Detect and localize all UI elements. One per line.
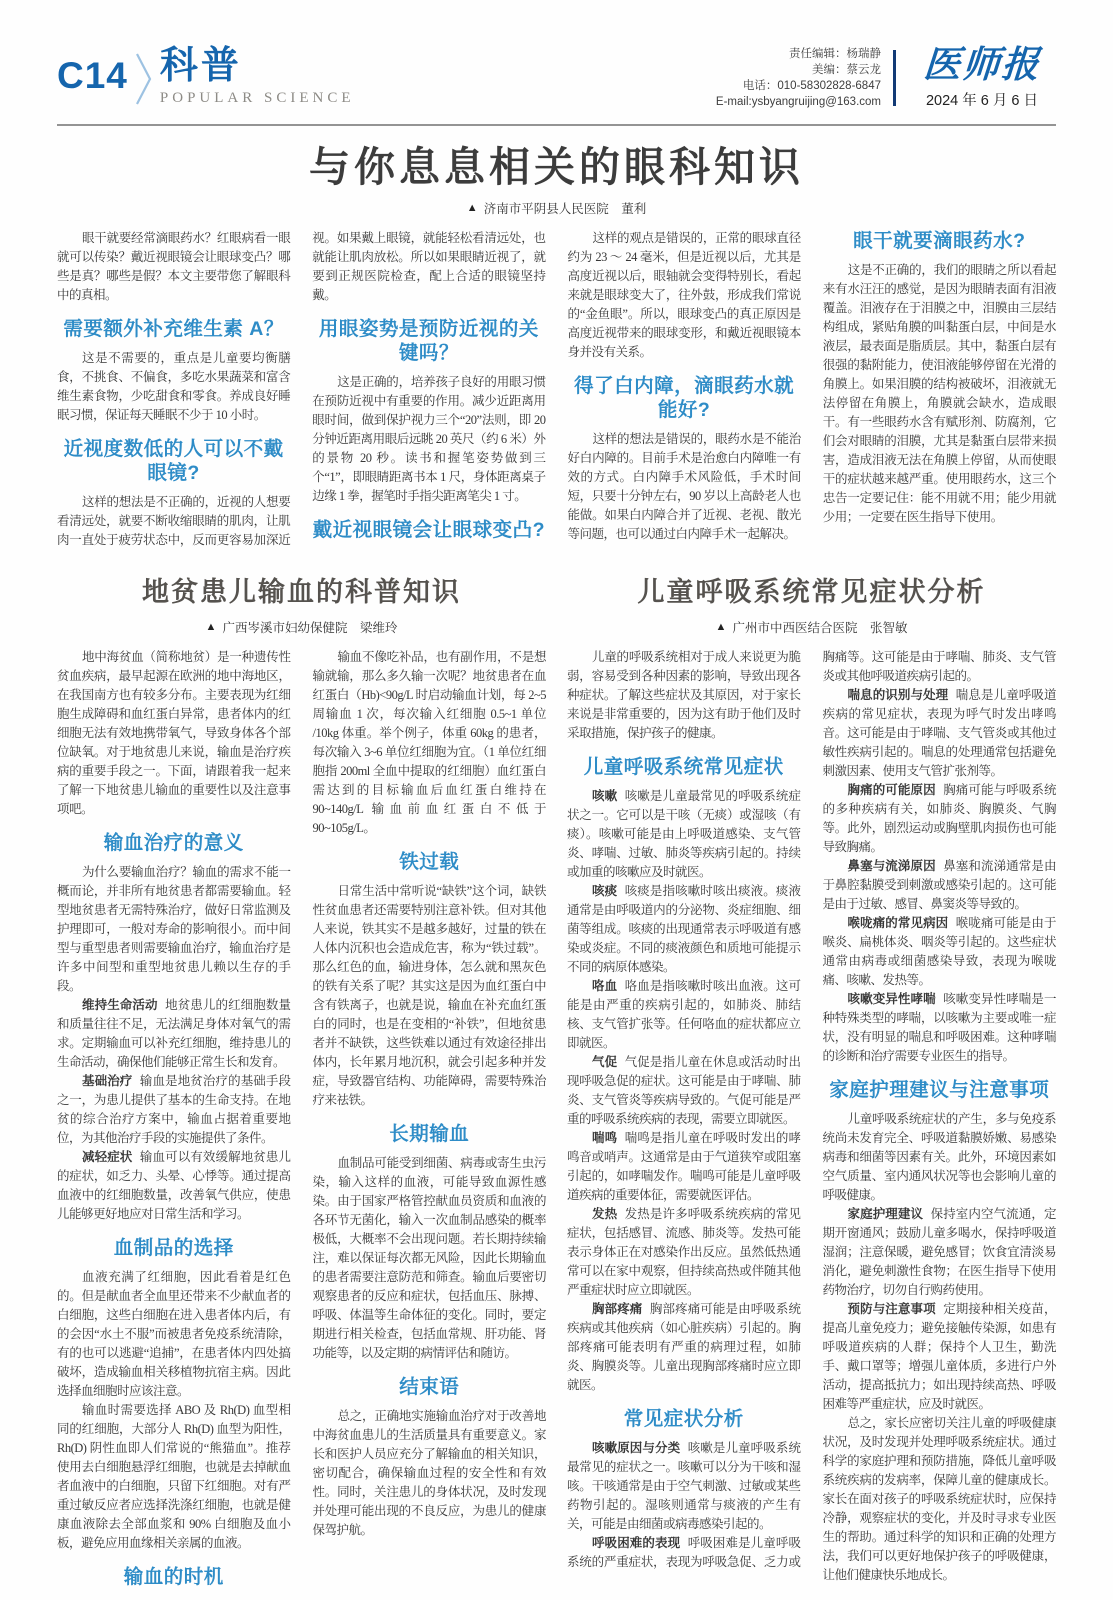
body-paragraph: 咳嗽原因与分类咳嗽是儿童呼吸系统最常见的症状之一。咳嗽可以分为干咳和湿咳。干咳通… — [567, 1439, 801, 1534]
editorial-contact: 责任编辑：杨瑞静 美编：蔡云龙 电话：010-58302828-6847 E-m… — [716, 46, 881, 110]
column-heading: 家庭护理建议与注意事项 — [823, 1078, 1057, 1102]
page-number: C14 — [57, 46, 128, 106]
column-heading: 需要额外补充维生素 A？ — [57, 317, 290, 341]
article-resp: 儿童呼吸系统常见症状分析 ▲ 广州市中西医结合医院 张智敏 儿童的呼吸系统相对于… — [567, 575, 1056, 1593]
paragraph-lead: 基础治疗 — [82, 1074, 132, 1088]
body-paragraph: 儿童呼吸系统症状的产生，多与免疫系统尚未发育完全、呼吸道黏膜娇嫩、易感染病毒和细… — [823, 1110, 1057, 1205]
body-paragraph: 地中海贫血（简称地贫）是一种遗传性贫血疾病，最早起源在欧洲的地中海地区，在我国南… — [57, 648, 291, 819]
body-paragraph: 喘鸣喘鸣是指儿童在呼吸时发出的哮鸣音或哨声。这通常是由于气道狭窄或阻塞引起的，如… — [567, 1129, 801, 1205]
body-paragraph: 胸痛的可能原因胸痛可能与呼吸系统的多种疾病有关，如肺炎、胸膜炎、气胸等。此外，剧… — [823, 781, 1057, 857]
body-paragraph: 这是正确的，培养孩子良好的用眼习惯在预防近视中有重要的作用。减少近距离用眼时间，… — [312, 373, 545, 506]
column-heading: 输血治疗的意义 — [57, 831, 291, 855]
editor-line: 责任编辑：杨瑞静 — [716, 46, 881, 62]
email-line: E-mail:ysbyangruijing@163.com — [716, 94, 881, 110]
column-heading: 用眼姿势是预防近视的关键吗？ — [312, 317, 545, 365]
bottom-articles-row: 地贫患儿输血的科普知识 ▲ 广西岑溪市妇幼保健院 梁维玲 地中海贫血（简称地贫）… — [57, 575, 1056, 1593]
triangle-icon: ▲ — [467, 202, 478, 214]
body-paragraph: 基础治疗输血是地贫治疗的基础手段之一，为患儿提供了基本的生命支持。在地贫的综合治… — [57, 1072, 291, 1148]
body-paragraph: 血制品可能受到细菌、病毒或寄生虫污染，输入这样的血液，可能导致血源性感染。由于国… — [313, 1154, 547, 1363]
column-heading: 儿童呼吸系统常见症状 — [567, 755, 801, 779]
article-blood-body: 地中海贫血（简称地贫）是一种遗传性贫血疾病，最早起源在欧洲的地中海地区，在我国南… — [57, 648, 546, 1593]
body-paragraph: 输血不像吃补品，也有副作用，不是想输就输，那么多久输一次呢？地贫患者在血红蛋白（… — [313, 648, 547, 838]
section-title-en: POPULAR SCIENCE — [160, 90, 355, 107]
body-paragraph: 输血时需要选择 ABO 及 Rh(D) 血型相同的红细胞，大部分人 Rh(D) … — [57, 1401, 291, 1553]
paragraph-lead: 胸部疼痛 — [592, 1302, 642, 1316]
body-paragraph: 眼干就要经常滴眼药水？红眼病看一眼就可以传染？戴近视眼镜会让眼球变凸？哪些是真？… — [57, 229, 290, 305]
masthead-logo: 医师报 — [907, 47, 1058, 85]
column-heading: 戴近视眼镜会让眼球变凸? — [312, 518, 545, 542]
article-blood-byline: ▲ 广西岑溪市妇幼保健院 梁维玲 — [57, 618, 546, 636]
body-paragraph: 血液充满了红细胞，因此看着是红色的。但是献血者全血里还带来不少献血者的白细胞，这… — [57, 1268, 291, 1401]
article-eye: 与你息息相关的眼科知识 ▲ 济南市平阴县人民医院 董利 眼干就要经常滴眼药水？红… — [57, 144, 1056, 561]
designer-line: 美编：蔡云龙 — [716, 62, 881, 78]
article-resp-byline: ▲ 广州市中西医结合医院 张智敏 — [567, 618, 1056, 636]
chevron-right-icon — [134, 50, 154, 108]
body-paragraph: 这样的想法是错误的，眼药水是不能治好白内障的。目前手术是治愈白内障唯一有效的方式… — [568, 430, 801, 544]
paragraph-lead: 咯血 — [592, 979, 617, 993]
article-eye-author: 济南市平阴县人民医院 董利 — [484, 199, 647, 217]
body-paragraph: 总之，家长应密切关注儿童的呼吸健康状况，及时发现并处理呼吸系统症状。通过科学的家… — [823, 1414, 1057, 1585]
column-heading: 血制品的选择 — [57, 1236, 291, 1260]
column-heading: 长期输血 — [313, 1122, 547, 1146]
paragraph-lead: 喘鸣 — [592, 1131, 617, 1145]
body-paragraph: 鼻塞与流涕原因鼻塞和流涕通常是由于鼻腔黏膜受到刺激或感染引起的。这可能是由于过敏… — [823, 857, 1057, 914]
column-heading: 输血的时机 — [57, 1565, 291, 1589]
paragraph-lead: 咳痰 — [592, 884, 617, 898]
section-name-block: 科普 POPULAR SCIENCE — [160, 46, 355, 107]
paragraph-lead: 喉咙痛的常见病因 — [848, 916, 949, 930]
body-paragraph: 气促气促是指儿童在休息或活动时出现呼吸急促的症状。这可能是由于哮喘、肺炎、支气管… — [567, 1053, 801, 1129]
paragraph-lead: 咳嗽 — [592, 789, 617, 803]
paragraph-lead: 胸痛的可能原因 — [848, 783, 936, 797]
article-eye-body: 眼干就要经常滴眼药水？红眼病看一眼就可以传染？戴近视眼镜会让眼球变凸？哪些是真？… — [57, 229, 1056, 561]
body-paragraph: 总之，正确地实施输血治疗对于改善地中海贫血患儿的生活质量具有重要意义。家长和医护… — [313, 1407, 547, 1540]
paragraph-lead: 喘息的识别与处理 — [848, 688, 949, 702]
triangle-icon: ▲ — [716, 621, 727, 633]
article-blood-author: 广西岑溪市妇幼保健院 梁维玲 — [222, 618, 397, 636]
newspaper-page: C14 科普 POPULAR SCIENCE 责任编辑：杨瑞静 美编：蔡云龙 电… — [0, 0, 1113, 1600]
body-paragraph: 儿童的呼吸系统相对于成人来说更为脆弱，容易受到各种因素的影响，导致出现各种症状。… — [567, 648, 801, 743]
header-masthead-block: 责任编辑：杨瑞静 美编：蔡云龙 电话：010-58302828-6847 E-m… — [716, 46, 1056, 110]
column-heading: 近视度数低的人可以不戴眼镜? — [57, 437, 290, 485]
article-resp-body: 儿童的呼吸系统相对于成人来说更为脆弱，容易受到各种因素的影响，导致出现各种症状。… — [567, 648, 1056, 1593]
triangle-icon: ▲ — [206, 621, 217, 633]
body-paragraph: 这是不需要的，重点是儿童要均衡膳食，不挑食、不偏食，多吃水果蔬菜和富含维生素食物… — [57, 349, 290, 425]
paragraph-lead: 维持生命活动 — [82, 998, 158, 1012]
paragraph-lead: 发热 — [592, 1207, 617, 1221]
body-paragraph: 这样的观点是错误的，正常的眼球直径约为 23 ～ 24 毫米，但是近视以后，尤其… — [568, 229, 801, 362]
body-paragraph: 维持生命活动地贫患儿的红细胞数量和质量往往不足，无法满足身体对氧气的需求。定期输… — [57, 996, 291, 1072]
column-heading: 常见症状分析 — [567, 1407, 801, 1431]
column-heading: 铁过载 — [313, 850, 547, 874]
article-eye-byline: ▲ 济南市平阴县人民医院 董利 — [57, 199, 1056, 217]
article-resp-author: 广州市中西医结合医院 张智敏 — [732, 618, 907, 636]
column-heading: 结束语 — [313, 1375, 547, 1399]
body-paragraph: 预防与注意事项定期接种相关疫苗，提高儿童免疫力；避免接触传染源，如患有呼吸道疾病… — [823, 1300, 1057, 1414]
masthead: 医师报 2024 年 6 月 6 日 — [908, 47, 1056, 110]
body-paragraph: 日常生活中常听说“缺铁”这个词，缺铁性贫血患者还需要特别注意补铁。但对其他人来说… — [313, 882, 547, 1110]
body-paragraph: 咳嗽咳嗽是儿童最常见的呼吸系统症状之一。它可以是干咳（无痰）或湿咳（有痰）。咳嗽… — [567, 787, 801, 882]
header-section-block: C14 科普 POPULAR SCIENCE — [57, 46, 355, 108]
body-paragraph: 咳嗽变异性哮喘咳嗽变异性哮喘是一种特殊类型的哮喘，以咳嗽为主要或唯一症状，没有明… — [823, 990, 1057, 1066]
paragraph-lead: 家庭护理建议 — [848, 1207, 924, 1221]
body-paragraph: 喉咙痛的常见病因喉咙痛可能是由于喉炎、扁桃体炎、咽炎等引起的。这些症状通常由病毒… — [823, 914, 1057, 990]
body-paragraph: 胸部疼痛胸部疼痛可能是由呼吸系统疾病或其他疾病（如心脏疾病）引起的。胸部疼痛可能… — [567, 1300, 801, 1395]
article-resp-title: 儿童呼吸系统常见症状分析 — [567, 575, 1056, 609]
article-blood: 地贫患儿输血的科普知识 ▲ 广西岑溪市妇幼保健院 梁维玲 地中海贫血（简称地贫）… — [57, 575, 546, 1593]
section-title-cn: 科普 — [160, 46, 355, 86]
paragraph-lead: 咳嗽变异性哮喘 — [848, 992, 936, 1006]
article-blood-title: 地贫患儿输血的科普知识 — [57, 575, 546, 609]
column-heading: 眼干就要滴眼药水? — [823, 229, 1056, 253]
body-paragraph: 为什么要输血治疗？输血的需求不能一概而论，并非所有地贫患者都需要输血。轻型地贫患… — [57, 863, 291, 996]
body-paragraph: 咯血咯血是指咳嗽时咳出血液。这可能是由严重的疾病引起的，如肺炎、肺结核、支气管扩… — [567, 977, 801, 1053]
body-paragraph: 喘息的识别与处理喘息是儿童呼吸道疾病的常见症状，表现为呼气时发出哮鸣音。这可能是… — [823, 686, 1057, 781]
column-heading: 得了白内障，滴眼药水就能好? — [568, 374, 801, 422]
paragraph-lead: 气促 — [592, 1055, 617, 1069]
paragraph-lead: 咳嗽原因与分类 — [592, 1441, 680, 1455]
body-paragraph: 家庭护理建议保持室内空气流通，定期开窗通风；鼓励儿童多喝水，保持呼吸道湿润；注意… — [823, 1205, 1057, 1300]
paragraph-lead: 鼻塞与流涕原因 — [848, 859, 936, 873]
paragraph-lead: 呼吸困难的表现 — [592, 1536, 680, 1550]
page-header: C14 科普 POPULAR SCIENCE 责任编辑：杨瑞静 美编：蔡云龙 电… — [57, 46, 1056, 120]
paragraph-lead: 预防与注意事项 — [848, 1302, 936, 1316]
header-divider — [57, 124, 1056, 126]
paragraph-lead: 减轻症状 — [82, 1150, 132, 1164]
body-paragraph: 这是不正确的，我们的眼睛之所以看起来有水汪汪的感觉，是因为眼睛表面有泪液覆盖。泪… — [823, 261, 1056, 527]
vertical-divider — [893, 50, 896, 106]
body-paragraph: 发热发热是许多呼吸系统疾病的常见症状，包括感冒、流感、肺炎等。发热可能表示身体正… — [567, 1205, 801, 1300]
phone-line: 电话：010-58302828-6847 — [716, 78, 881, 94]
article-eye-title: 与你息息相关的眼科知识 — [57, 144, 1056, 190]
issue-date: 2024 年 6 月 6 日 — [908, 89, 1056, 110]
body-paragraph: 减轻症状输血可以有效缓解地贫患儿的症状，如乏力、头晕、心悸等。通过提高血液中的红… — [57, 1148, 291, 1224]
body-paragraph: 咳痰咳痰是指咳嗽时咳出痰液。痰液通常是由呼吸道内的分泌物、炎症细胞、细菌等组成。… — [567, 882, 801, 977]
